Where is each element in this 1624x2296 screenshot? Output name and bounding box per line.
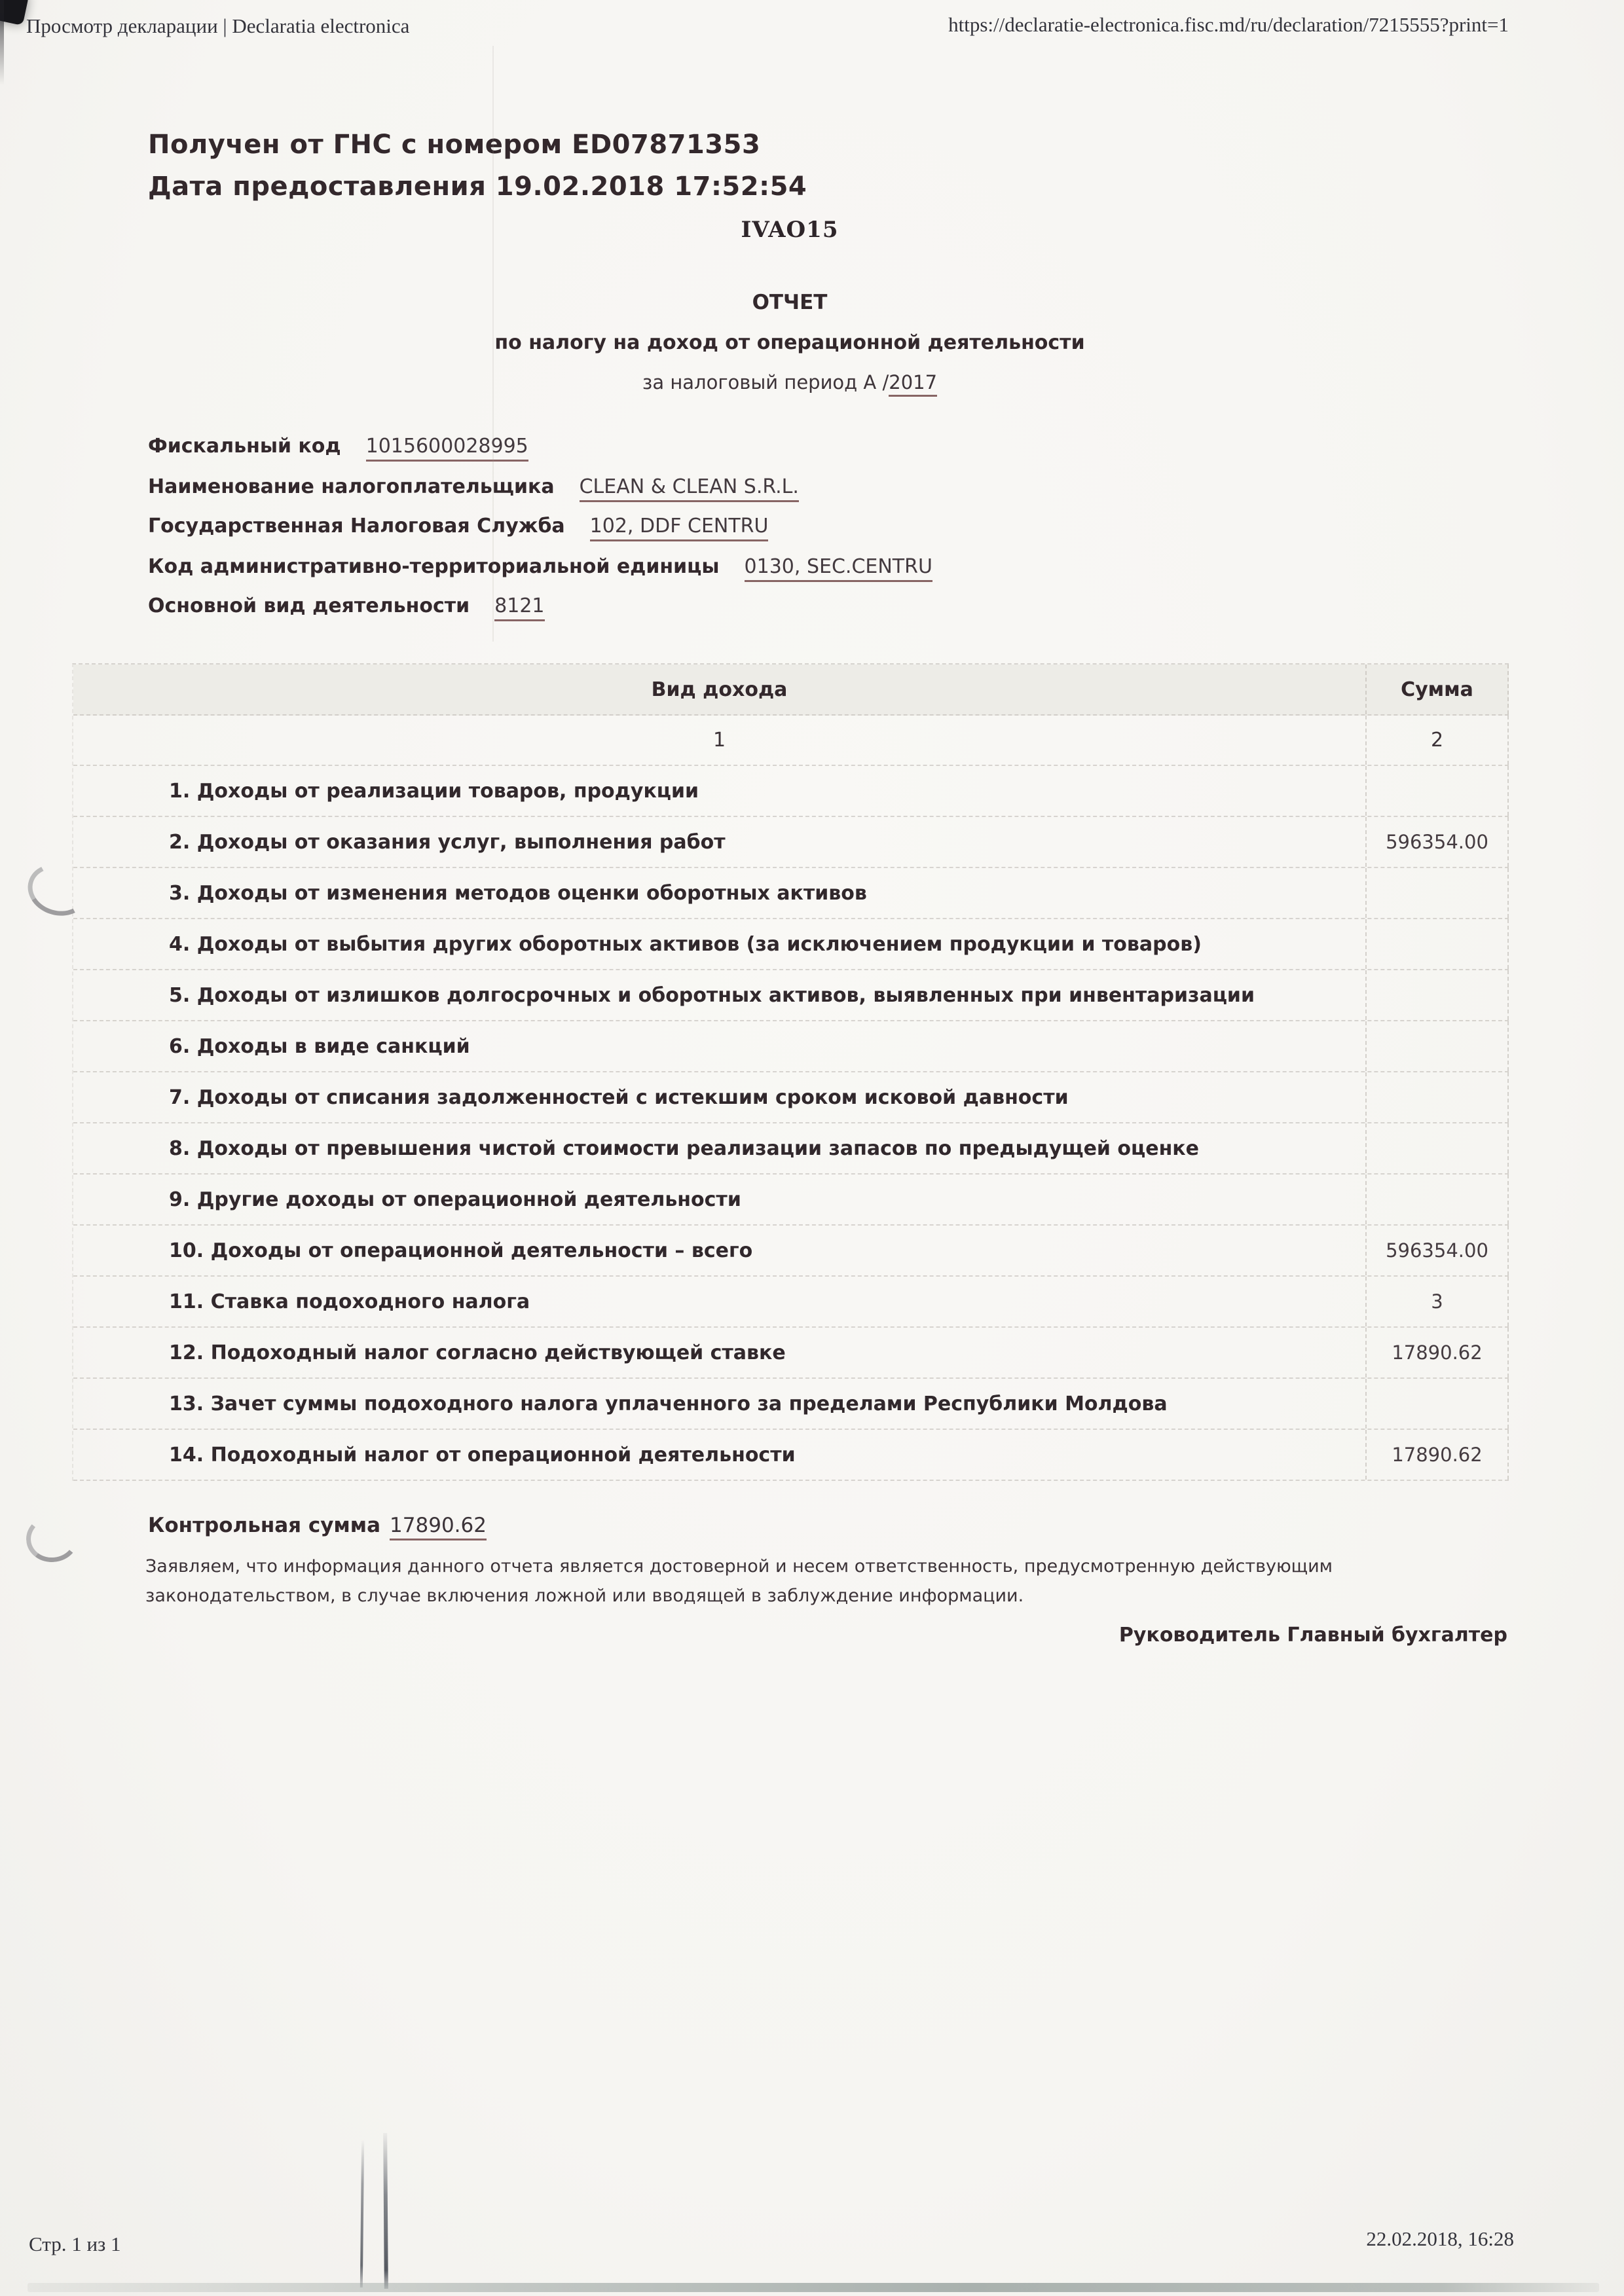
row-label: 7. Доходы от списания задолженностей с и… <box>73 1072 1365 1122</box>
report-subtitle: по налогу на доход от операционной деяте… <box>72 331 1507 354</box>
row-label: 1. Доходы от реализации товаров, продукц… <box>73 766 1365 816</box>
report-title: ОТЧЕТ <box>72 291 1507 314</box>
table-row-3: 3. Доходы от изменения методов оценки об… <box>73 868 1509 919</box>
report-period-value: 2017 <box>889 371 937 397</box>
row-value: 17890.62 <box>1365 1328 1509 1377</box>
table-row-12: 12. Подоходный налог согласно действующе… <box>73 1328 1509 1379</box>
field-row-taxpayer-name: Наименование налогоплательщикаCLEAN & CL… <box>148 475 799 498</box>
table-row-10: 10. Доходы от операционной деятельности … <box>73 1226 1509 1277</box>
scan-streak-artifact <box>383 2133 388 2289</box>
declaration-statement: Заявляем, что информация данного отчета … <box>145 1552 1419 1611</box>
income-table: Вид дохода Сумма 1 2 1. Доходы от реализ… <box>72 663 1509 1481</box>
field-label: Фискальный код <box>148 435 341 458</box>
report-period-prefix: за налоговый период А / <box>642 371 889 393</box>
field-value: 102, DDF CENTRU <box>590 515 769 541</box>
table-header-sum: Сумма <box>1365 665 1509 714</box>
row-label: 10. Доходы от операционной деятельности … <box>73 1226 1365 1275</box>
control-sum-label: Контрольная сумма <box>148 1514 380 1537</box>
row-label: 2. Доходы от оказания услуг, выполнения … <box>73 817 1365 867</box>
table-column-number-row: 1 2 <box>73 716 1509 766</box>
row-value <box>1365 766 1509 816</box>
table-row-7: 7. Доходы от списания задолженностей с и… <box>73 1072 1509 1123</box>
print-header-title: Просмотр декларации | Declaratia electro… <box>26 14 409 38</box>
row-value <box>1365 919 1509 969</box>
table-row-2: 2. Доходы от оказания услуг, выполнения … <box>73 817 1509 868</box>
row-label: 14. Подоходный налог от операционной дея… <box>73 1430 1365 1480</box>
table-row-5: 5. Доходы от излишков долгосрочных и обо… <box>73 970 1509 1021</box>
table-row-11: 11. Ставка подоходного налога3 <box>73 1277 1509 1328</box>
field-row-admin-unit-code: Код административно-территориальной един… <box>148 555 932 578</box>
scanned-declaration-page: Просмотр декларации | Declaratia electro… <box>0 0 1624 2296</box>
receipt-number-line: Получен от ГНС с номером ED07871353 <box>148 130 760 160</box>
table-row-13: 13. Зачет суммы подоходного налога уплач… <box>73 1379 1509 1430</box>
field-label: Государственная Налоговая Служба <box>148 515 565 538</box>
field-value: 0130, SEC.CENTRU <box>745 555 932 582</box>
control-sum-row: Контрольная сумма17890.62 <box>148 1514 487 1537</box>
table-row-14: 14. Подоходный налог от операционной дея… <box>73 1430 1509 1481</box>
field-value: CLEAN & CLEAN S.R.L. <box>580 475 799 502</box>
table-row-9: 9. Другие доходы от операционной деятель… <box>73 1175 1509 1226</box>
row-value <box>1365 1379 1509 1429</box>
row-value: 3 <box>1365 1277 1509 1326</box>
table-row-6: 6. Доходы в виде санкций <box>73 1021 1509 1072</box>
row-value <box>1365 1021 1509 1071</box>
print-header-url: https://declaratie-electronica.fisc.md/r… <box>948 13 1509 37</box>
control-sum-value: 17890.62 <box>390 1514 487 1540</box>
scan-streak-artifact <box>360 2140 364 2287</box>
row-label: 8. Доходы от превышения чистой стоимости… <box>73 1123 1365 1173</box>
row-value <box>1365 1123 1509 1173</box>
row-value: 596354.00 <box>1365 1226 1509 1275</box>
row-value <box>1365 868 1509 918</box>
field-label: Код административно-территориальной един… <box>148 555 720 578</box>
scan-corner-artifact <box>0 0 29 26</box>
field-label: Основной вид деятельности <box>148 594 470 617</box>
table-row-4: 4. Доходы от выбытия других оборотных ак… <box>73 919 1509 970</box>
row-value <box>1365 1175 1509 1224</box>
row-label: 13. Зачет суммы подоходного налога уплач… <box>73 1379 1365 1429</box>
row-label: 9. Другие доходы от операционной деятель… <box>73 1175 1365 1224</box>
print-date: 22.02.2018, 16:28 <box>1366 2227 1514 2251</box>
field-row-fiscal-code: Фискальный код1015600028995 <box>148 435 528 458</box>
table-row-8: 8. Доходы от превышения чистой стоимости… <box>73 1123 1509 1175</box>
form-code: IVAO15 <box>72 217 1507 243</box>
table-header-row: Вид дохода Сумма <box>73 665 1509 716</box>
signature-line: Руководитель Главный бухгалтер <box>72 1624 1507 1647</box>
page-number: Стр. 1 из 1 <box>29 2232 121 2256</box>
receipt-date-line: Дата предоставления 19.02.2018 17:52:54 <box>148 172 807 202</box>
scan-fold-line-artifact <box>492 46 494 642</box>
column-number-1: 1 <box>73 716 1365 765</box>
field-value: 8121 <box>494 594 544 621</box>
scan-bottom-band-artifact <box>28 2283 1599 2292</box>
row-label: 12. Подоходный налог согласно действующе… <box>73 1328 1365 1377</box>
row-value: 17890.62 <box>1365 1430 1509 1480</box>
scan-pen-mark-artifact <box>24 1512 81 1565</box>
field-value: 1015600028995 <box>366 435 528 462</box>
field-row-activity-type: Основной вид деятельности8121 <box>148 594 545 617</box>
row-label: 4. Доходы от выбытия других оборотных ак… <box>73 919 1365 969</box>
scan-edge-artifact <box>0 0 4 85</box>
row-label: 11. Ставка подоходного налога <box>73 1277 1365 1326</box>
row-label: 3. Доходы от изменения методов оценки об… <box>73 868 1365 918</box>
report-period: за налоговый период А /2017 <box>72 371 1507 393</box>
row-value <box>1365 1072 1509 1122</box>
table-row-1: 1. Доходы от реализации товаров, продукц… <box>73 766 1509 817</box>
row-value <box>1365 970 1509 1020</box>
field-row-tax-service: Государственная Налоговая Служба102, DDF… <box>148 515 768 538</box>
column-number-2: 2 <box>1365 716 1509 765</box>
table-header-income-type: Вид дохода <box>73 665 1365 714</box>
row-label: 6. Доходы в виде санкций <box>73 1021 1365 1071</box>
row-value: 596354.00 <box>1365 817 1509 867</box>
row-label: 5. Доходы от излишков долгосрочных и обо… <box>73 970 1365 1020</box>
